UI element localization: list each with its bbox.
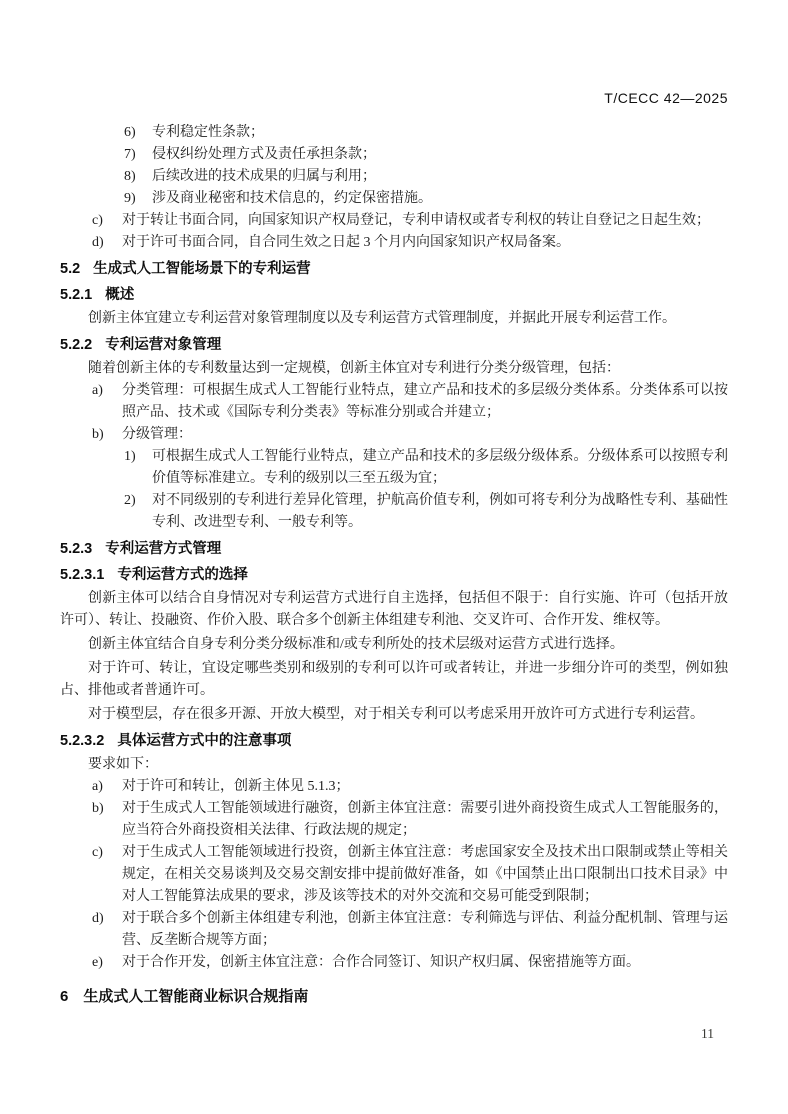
paragraph: 随着创新主体的专利数量达到一定规模，创新主体宜对专利进行分类分级管理，包括：: [60, 358, 728, 380]
section-number: 5.2.3: [60, 539, 92, 560]
list-item: c) 对于生成式人工智能领域进行投资，创新主体宜注意：考虑国家安全及技术出口限制…: [60, 842, 728, 908]
list-item-text: 对于生成式人工智能领域进行融资，创新主体宜注意：需要引进外商投资生成式人工智能服…: [122, 798, 728, 842]
section-title: 专利运营方式管理: [105, 539, 221, 560]
list-item-marker: b): [92, 798, 122, 842]
section-heading-5-2-3-1: 5.2.3.1 专利运营方式的选择: [60, 565, 728, 586]
list-item-text: 分类管理：可根据生成式人工智能行业特点，建立产品和技术的多层级分类体系。分类体系…: [122, 380, 728, 424]
section-heading-5-2: 5.2 生成式人工智能场景下的专利运营: [60, 259, 728, 280]
section-title: 专利运营方式的选择: [117, 565, 248, 586]
list-item-text: 专利稳定性条款；: [152, 122, 728, 144]
notes-list: a) 对于许可和转让，创新主体见 5.1.3； b) 对于生成式人工智能领域进行…: [60, 776, 728, 974]
list-item-marker: e): [92, 952, 122, 974]
numbered-clause-list: 6) 专利稳定性条款； 7) 侵权纠纷处理方式及责任承担条款； 8) 后续改进的…: [60, 122, 728, 210]
paragraph: 对于许可、转让，宜设定哪些类别和级别的专利可以许可或者转让，并进一步细分许可的类…: [60, 658, 728, 702]
list-item-marker: 6): [124, 122, 152, 144]
list-item: 8) 后续改进的技术成果的归属与利用；: [60, 166, 728, 188]
list-item-text: 对于许可书面合同，自合同生效之日起 3 个月内向国家知识产权局备案。: [122, 232, 728, 254]
section-number: 5.2: [60, 259, 80, 280]
list-item-text: 对于合作开发，创新主体宜注意：合作合同签订、知识产权归属、保密措施等方面。: [122, 952, 728, 974]
list-item-marker: d): [92, 908, 122, 952]
list-item: 9) 涉及商业秘密和技术信息的，约定保密措施。: [60, 188, 728, 210]
lettered-clause-list: c) 对于转让书面合同，向国家知识产权局登记，专利申请权或者专利权的转让自登记之…: [60, 210, 728, 254]
paragraph: 对于模型层，存在很多开源、开放大模型，对于相关专利可以考虑采用开放许可方式进行专…: [60, 704, 728, 726]
section-number: 5.2.3.2: [60, 731, 104, 752]
list-item-text: 对于许可和转让，创新主体见 5.1.3；: [122, 776, 728, 798]
list-item-marker: d): [92, 232, 122, 254]
section-heading-5-2-3-2: 5.2.3.2 具体运营方式中的注意事项: [60, 731, 728, 752]
list-item-marker: 8): [124, 166, 152, 188]
section-number: 5.2.1: [60, 285, 92, 306]
standard-code-header: T/CECC 42—2025: [60, 90, 728, 106]
paragraph: 创新主体宜建立专利运营对象管理制度以及专利运营方式管理制度，并据此开展专利运营工…: [60, 308, 728, 330]
list-item-marker: b): [92, 424, 122, 446]
section-heading-6: 6 生成式人工智能商业标识合规指南: [60, 986, 728, 1007]
document-page: T/CECC 42—2025 6) 专利稳定性条款； 7) 侵权纠纷处理方式及责…: [0, 0, 788, 1114]
list-item: b) 分级管理：: [60, 424, 728, 446]
section-title: 专利运营对象管理: [105, 335, 221, 356]
list-item: d) 对于许可书面合同，自合同生效之日起 3 个月内向国家知识产权局备案。: [60, 232, 728, 254]
list-item-text: 对于生成式人工智能领域进行投资，创新主体宜注意：考虑国家安全及技术出口限制或禁止…: [122, 842, 728, 908]
list-item: 6) 专利稳定性条款；: [60, 122, 728, 144]
section-number: 5.2.2: [60, 335, 92, 356]
list-item: e) 对于合作开发，创新主体宜注意：合作合同签订、知识产权归属、保密措施等方面。: [60, 952, 728, 974]
section-number: 5.2.3.1: [60, 565, 104, 586]
section-heading-5-2-1: 5.2.1 概述: [60, 285, 728, 306]
list-item-text: 对于联合多个创新主体组建专利池，创新主体宜注意：专利筛选与评估、利益分配机制、管…: [122, 908, 728, 952]
list-item-marker: a): [92, 776, 122, 798]
list-item-marker: 1): [124, 446, 152, 490]
section-number: 6: [60, 986, 68, 1007]
paragraph: 创新主体宜结合自身专利分类分级标准和/或专利所处的技术层级对运营方式进行选择。: [60, 634, 728, 656]
list-item-text: 可根据生成式人工智能行业特点，建立产品和技术的多层级分级体系。分级体系可以按照专…: [152, 446, 728, 490]
list-item-text: 涉及商业秘密和技术信息的，约定保密措施。: [152, 188, 728, 210]
list-item: 7) 侵权纠纷处理方式及责任承担条款；: [60, 144, 728, 166]
section-title: 生成式人工智能场景下的专利运营: [93, 259, 311, 280]
list-item-marker: a): [92, 380, 122, 424]
list-item-text: 侵权纠纷处理方式及责任承担条款；: [152, 144, 728, 166]
list-item-text: 对于转让书面合同，向国家知识产权局登记，专利申请权或者专利权的转让自登记之日起生…: [122, 210, 728, 232]
page-content: T/CECC 42—2025 6) 专利稳定性条款； 7) 侵权纠纷处理方式及责…: [0, 0, 788, 1007]
paragraph: 要求如下：: [60, 754, 728, 776]
classification-list: a) 分类管理：可根据生成式人工智能行业特点，建立产品和技术的多层级分类体系。分…: [60, 380, 728, 534]
list-item: c) 对于转让书面合同，向国家知识产权局登记，专利申请权或者专利权的转让自登记之…: [60, 210, 728, 232]
list-item: a) 分类管理：可根据生成式人工智能行业特点，建立产品和技术的多层级分类体系。分…: [60, 380, 728, 424]
section-title: 生成式人工智能商业标识合规指南: [83, 986, 308, 1007]
list-item-marker: 7): [124, 144, 152, 166]
list-item: a) 对于许可和转让，创新主体见 5.1.3；: [60, 776, 728, 798]
list-item-marker: 2): [124, 490, 152, 534]
list-item-marker: c): [92, 842, 122, 908]
page-number: 11: [701, 1026, 714, 1042]
paragraph: 创新主体可以结合自身情况对专利运营方式进行自主选择，包括但不限于：自行实施、许可…: [60, 588, 728, 632]
list-item-text: 对不同级别的专利进行差异化管理，护航高价值专利，例如可将专利分为战略性专利、基础…: [152, 490, 728, 534]
list-item-marker: c): [92, 210, 122, 232]
section-title: 概述: [105, 285, 134, 306]
section-heading-5-2-3: 5.2.3 专利运营方式管理: [60, 539, 728, 560]
list-item-marker: 9): [124, 188, 152, 210]
section-heading-5-2-2: 5.2.2 专利运营对象管理: [60, 335, 728, 356]
list-item-text: 分级管理：: [122, 424, 728, 446]
section-title: 具体运营方式中的注意事项: [117, 731, 291, 752]
list-item: b) 对于生成式人工智能领域进行融资，创新主体宜注意：需要引进外商投资生成式人工…: [60, 798, 728, 842]
list-item: 1) 可根据生成式人工智能行业特点，建立产品和技术的多层级分级体系。分级体系可以…: [60, 446, 728, 490]
list-item-text: 后续改进的技术成果的归属与利用；: [152, 166, 728, 188]
list-item: d) 对于联合多个创新主体组建专利池，创新主体宜注意：专利筛选与评估、利益分配机…: [60, 908, 728, 952]
list-item: 2) 对不同级别的专利进行差异化管理，护航高价值专利，例如可将专利分为战略性专利…: [60, 490, 728, 534]
